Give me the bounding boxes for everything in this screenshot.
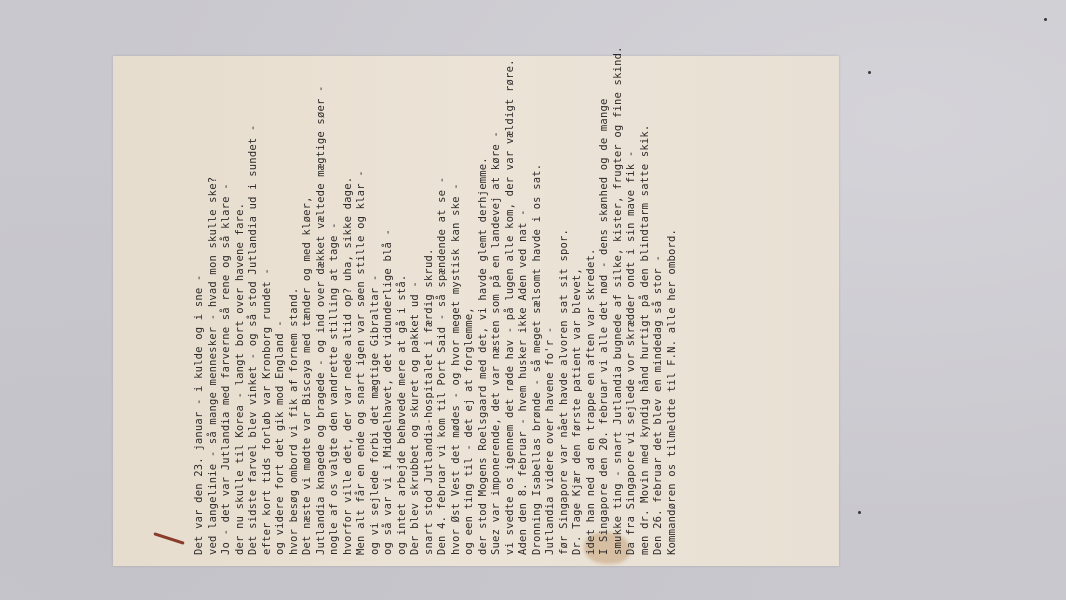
text-line: hvor besøg ombord vi fik af fornem stand… xyxy=(288,55,302,555)
poem-text-block: Det var den 23. januar - i kulde og i sn… xyxy=(193,55,753,555)
text-line: hvor Øst Vest det mødes - og hvor meget … xyxy=(450,55,464,555)
text-line: Den 26. februar det blev en mindedag så … xyxy=(652,55,666,555)
text-line: Den 4. februar vi kom til Port Said - så… xyxy=(436,55,450,555)
dust-speck xyxy=(1044,18,1047,21)
text-line: nogle af os valgte den vandrette stillin… xyxy=(328,55,342,555)
text-line: I Singapore den 20. februar vi alle det … xyxy=(598,55,612,555)
text-line: og så var vi i Middelhavet, det vidunder… xyxy=(382,55,396,555)
text-line: Aden den 8. februar - hvem husker ikke A… xyxy=(517,55,531,555)
text-line: efter kort tids forløb var Kronborg rund… xyxy=(261,55,275,555)
text-line: Dronning Isabellas brønde - så meget sæl… xyxy=(531,55,545,555)
text-line: vi svedte os igennem det røde hav - på l… xyxy=(504,55,518,555)
text-line: ved langelinie - så mange mennesker - hv… xyxy=(207,55,221,555)
text-line: før Singapore var nået havde alvoren sat… xyxy=(558,55,572,555)
dust-speck xyxy=(868,71,871,74)
text-line: Jutlandia knagede og bragede - og ind ov… xyxy=(315,55,329,555)
text-line: idet han ned ad en trappe en aften var s… xyxy=(585,55,599,555)
text-line: og videre fort det gik mod England - xyxy=(274,55,288,555)
text-line: men dr. Movin med kyndig hånd hurtigt på… xyxy=(639,55,653,555)
text-line: Kommandøren os tilmeldte til F.N. alle h… xyxy=(666,55,680,555)
text-line: smukke ting - snart Jutlandia bugnede af… xyxy=(612,55,626,555)
text-line: Suez var imponerende, det var næsten som… xyxy=(490,55,504,555)
text-line: der stod Mogens Roelsgaard med det, vi h… xyxy=(477,55,491,555)
text-line: Jutlandia videre over havene fo'r - xyxy=(544,55,558,555)
text-line: Det var den 23. januar - i kulde og i sn… xyxy=(193,55,207,555)
text-line: Men alt får en ende og snart igen var sø… xyxy=(355,55,369,555)
text-line: Jo - det var Jutlandia med farverne så r… xyxy=(220,55,234,555)
text-line: Der blev skrubbet og skuret og pakket ud… xyxy=(409,55,423,555)
text-line: snart stod Jutlandia-hospitalet i færdig… xyxy=(423,55,437,555)
text-line: Det næste vi mødte var Biscaya med tænde… xyxy=(301,55,315,555)
text-line: hvorfor ville det, der var nede altid op… xyxy=(342,55,356,555)
dust-speck xyxy=(858,511,861,514)
text-line: Dr. Tage Kjær den første patient var ble… xyxy=(571,55,585,555)
text-line: Da fra Singapore vi sejlede vor skrædder… xyxy=(625,55,639,555)
text-line: der nu skulle til Korea - langt bort ove… xyxy=(234,55,248,555)
text-line: Det sidste farvel blev vinket - og så st… xyxy=(247,55,261,555)
text-line: og intet arbejde behøvede mere at gå i s… xyxy=(396,55,410,555)
text-line: og vi sejlede forbi det mægtige Gibralta… xyxy=(369,55,383,555)
text-line: og een ting til - det ej at forglemme, xyxy=(463,55,477,555)
